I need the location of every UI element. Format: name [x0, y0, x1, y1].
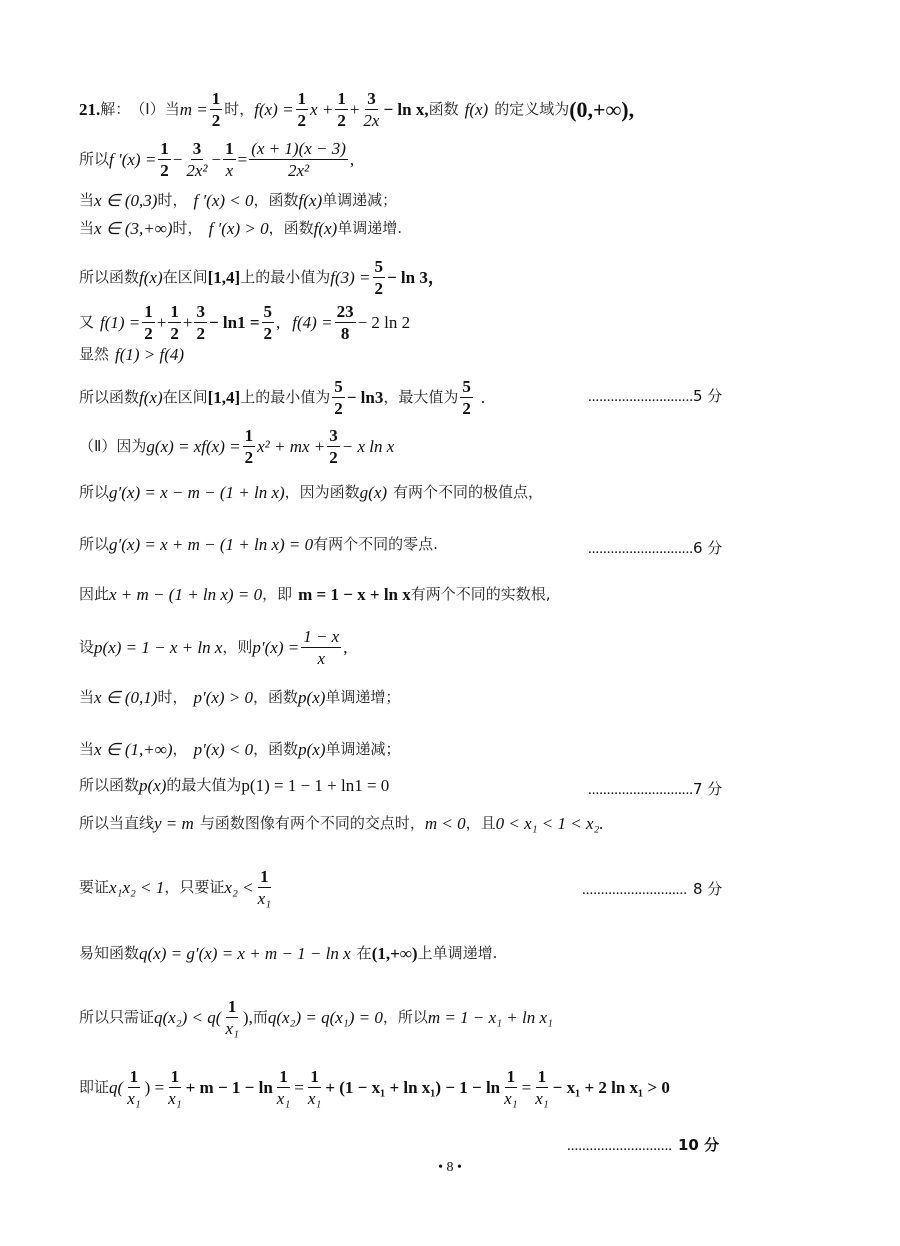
- fraction: 12: [158, 140, 171, 180]
- fraction: 52: [262, 303, 275, 343]
- score-marker-10: ............................10 分: [567, 1134, 719, 1155]
- fraction: (x + 1)(x − 3)2x²: [249, 140, 348, 180]
- score-marker-5: ............................5 分: [588, 385, 722, 406]
- zeros-line: 所以 g′(x) = x + m − (1 + ln x) = 0 有两个不同的…: [79, 536, 438, 553]
- text: ，即: [262, 587, 292, 602]
- math: − 2 ln 2: [358, 314, 411, 331]
- score-points: 5 分: [693, 387, 722, 405]
- numerator: 1: [308, 1068, 321, 1088]
- score-points: 10 分: [678, 1136, 719, 1154]
- denominator: x: [224, 160, 236, 180]
- text: 因为: [116, 439, 146, 454]
- numerator: 3: [327, 427, 340, 447]
- denominator: x₁: [306, 1088, 323, 1108]
- math: q(: [109, 1079, 123, 1096]
- math: p(1) = 1 − 1 + ln1 = 0: [241, 777, 389, 794]
- numerator: 1: [210, 90, 223, 110]
- goal-line: 要证 x₁x₂ < 1 ，只要证 x₂ < 1x₁: [79, 868, 275, 908]
- math: m =: [180, 101, 208, 118]
- math: − x₁ + 2 ln x₁ > 0: [553, 1079, 670, 1096]
- text: 所以函数: [79, 390, 139, 405]
- text: 所以: [79, 537, 109, 552]
- text: 又: [79, 315, 94, 330]
- text: 在区间: [163, 270, 208, 285]
- fraction: 12: [168, 303, 181, 343]
- numerator: 1: [536, 1068, 549, 1088]
- denominator: x: [315, 648, 327, 668]
- text: 易知函数: [79, 946, 139, 961]
- score-points: 7 分: [693, 780, 722, 798]
- math: =: [294, 1079, 304, 1096]
- math: ,: [350, 151, 354, 168]
- fraction: 1x₁: [306, 1068, 323, 1108]
- math: − ln 3，: [387, 269, 445, 286]
- math: f ′(x) > 0: [209, 220, 269, 237]
- fraction: 32: [194, 303, 207, 343]
- score-leader-dots: ............................: [567, 1138, 672, 1154]
- text: 单调递减；: [322, 193, 397, 208]
- solution-label: 解：: [100, 102, 130, 117]
- score-leader-dots: ............................: [582, 882, 687, 898]
- math: ) =: [145, 1079, 165, 1096]
- part-one-mark: （Ⅰ）: [130, 102, 164, 117]
- score-marker-8: ............................8 分: [582, 878, 722, 899]
- increasing-interval-line: 当 x ∈ (3,+∞) 时， f ′(x) > 0 ，函数 f(x) 单调递增…: [79, 220, 402, 237]
- text: 函数: [429, 102, 459, 117]
- math: − ln1 =: [209, 314, 260, 331]
- denominator: x₁: [223, 1018, 240, 1038]
- math: ),: [243, 1009, 253, 1026]
- text: 上的最小值为: [240, 270, 330, 285]
- text: 时，: [224, 102, 254, 117]
- math: x₁x₂ < 1: [109, 879, 164, 896]
- math: q(x₂) = q(x₁) = 0: [268, 1009, 383, 1026]
- text: 有两个不同的极值点，: [393, 485, 543, 500]
- math: − ln3: [347, 389, 384, 406]
- math: [1,4]: [208, 389, 241, 406]
- math: +: [183, 314, 193, 331]
- denominator: 2: [262, 323, 275, 343]
- numerator: 23: [335, 303, 356, 323]
- text: 而: [253, 1010, 268, 1025]
- math: +: [350, 101, 360, 118]
- numerator: 3: [194, 303, 207, 323]
- denominator: 2: [296, 110, 309, 130]
- text: 当: [165, 102, 180, 117]
- fraction: 32: [327, 427, 340, 467]
- real-roots-line: 因此 x + m − (1 + ln x) = 0 ，即 m = 1 − x +…: [79, 586, 551, 603]
- denominator: 2: [335, 110, 348, 130]
- denominator: x₁: [533, 1088, 550, 1108]
- denominator: 2: [243, 447, 256, 467]
- text: ，所以: [383, 1010, 428, 1025]
- score-points: 8 分: [693, 880, 722, 898]
- p-definition-line: 设 p(x) = 1 − x + ln x ，则 p′(x) = 1 − xx …: [79, 628, 347, 668]
- score-leader-dots: ............................: [588, 782, 693, 798]
- text: 当: [79, 690, 94, 705]
- math: g(x) = xf(x) =: [146, 438, 240, 455]
- fraction: 238: [335, 303, 356, 343]
- numerator: 5: [262, 303, 275, 323]
- comparison-line: 显然 f(1) > f(4): [79, 346, 184, 363]
- math: q(x) = g′(x) = x + m − 1 − ln x: [139, 945, 351, 962]
- math: f(x): [314, 220, 338, 237]
- numerator: (x + 1)(x − 3): [249, 140, 348, 160]
- math: f(x): [139, 269, 163, 286]
- denominator: 2: [142, 323, 155, 343]
- numerator: 1: [142, 303, 155, 323]
- numerator: 1: [335, 90, 348, 110]
- text: 所以当直线: [79, 816, 154, 831]
- math: f ′(x) =: [109, 151, 156, 168]
- text: 因此: [79, 587, 109, 602]
- numerator: 1: [243, 427, 256, 447]
- math: g(x): [360, 484, 387, 501]
- fraction: 52: [460, 378, 473, 418]
- text: 与函数图像有两个不同的交点时，: [200, 816, 425, 831]
- numerator: 1: [158, 140, 171, 160]
- numerator: 1 − x: [301, 628, 341, 648]
- text: 当: [79, 221, 94, 236]
- final-inequality-line: 即证 q( 1x₁ ) = 1x₁ + m − 1 − ln 1x₁ = 1x₁…: [79, 1068, 670, 1108]
- math: p(x): [139, 777, 166, 794]
- denominator: 2x: [361, 110, 381, 130]
- math: g′(x) = x + m − (1 + ln x) = 0: [109, 536, 313, 553]
- math: p(x): [298, 741, 325, 758]
- text: ，则: [222, 640, 252, 655]
- denominator: 2: [194, 323, 207, 343]
- math: m < 0: [425, 815, 466, 832]
- math: x₂ <: [224, 879, 253, 896]
- text: 有两个不同的零点.: [313, 537, 438, 552]
- text: 所以: [79, 485, 109, 500]
- numerator: 5: [460, 378, 473, 398]
- denominator: 2: [327, 447, 340, 467]
- math: x +: [310, 101, 333, 118]
- numerator: 1: [128, 1068, 141, 1088]
- math: 0 < x₁ < 1 < x₂.: [496, 815, 604, 832]
- numerator: 1: [258, 868, 271, 888]
- math: x ∈ (0,3): [94, 192, 157, 209]
- fraction: 12: [335, 90, 348, 130]
- math: −: [173, 151, 183, 168]
- page-number: • 8 •: [0, 1160, 900, 1176]
- math: f(1) =: [100, 314, 140, 331]
- fraction: 1x: [223, 140, 236, 180]
- text: 的定义域为: [494, 102, 569, 117]
- fraction: 1x₁: [502, 1068, 519, 1108]
- math: + m − 1 − ln: [186, 1079, 273, 1096]
- fraction: 12: [210, 90, 223, 130]
- text: ，函数: [253, 742, 298, 757]
- math: (0,+∞),: [569, 99, 634, 121]
- p-maximum-line: 所以函数 p(x) 的最大值为 p(1) = 1 − 1 + ln1 = 0: [79, 777, 389, 794]
- min-max-conclusion-line: 所以函数 f(x) 在区间 [1,4] 上的最小值为 52 − ln3 ，最大值…: [79, 378, 485, 418]
- fraction: 52: [373, 258, 386, 298]
- math: − x ln x: [342, 438, 395, 455]
- math: .: [481, 389, 485, 406]
- denominator: 2x²: [286, 160, 311, 180]
- numerator: 1: [168, 303, 181, 323]
- fraction: 52: [332, 378, 345, 418]
- text: 所以只需证: [79, 1010, 154, 1025]
- text: 单调递增.: [337, 221, 402, 236]
- text: ，只要证: [164, 880, 224, 895]
- denominator: x₁: [256, 888, 273, 908]
- text: 在区间: [163, 390, 208, 405]
- text: ，且: [466, 816, 496, 831]
- score-marker-6: ............................6 分: [588, 537, 722, 558]
- text: ，: [173, 742, 188, 757]
- fraction: 32x: [361, 90, 381, 130]
- numerator: 1: [226, 998, 239, 1018]
- q-monotonic-line: 易知函数 q(x) = g′(x) = x + m − 1 − ln x 在 (…: [79, 945, 497, 962]
- text: 所以函数: [79, 778, 139, 793]
- numerator: 1: [223, 140, 236, 160]
- math: m = 1 − x₁ + ln x₁: [428, 1009, 553, 1026]
- text: ，函数: [254, 193, 299, 208]
- fraction: 12: [142, 303, 155, 343]
- text: 所以: [79, 152, 109, 167]
- math: f(3) =: [330, 269, 370, 286]
- math: ,: [276, 314, 280, 331]
- fraction: 1x₁: [166, 1068, 183, 1108]
- text: 当: [79, 193, 94, 208]
- text: 时，: [157, 690, 187, 705]
- text: 在: [357, 946, 372, 961]
- fraction: 12: [243, 427, 256, 467]
- math: f(x): [139, 389, 163, 406]
- denominator: 2: [158, 160, 171, 180]
- q-comparison-line: 所以只需证 q(x₂) < q( 1x₁ ), 而 q(x₂) = q(x₁) …: [79, 998, 553, 1038]
- fraction: 1 − xx: [301, 628, 341, 668]
- math: +: [157, 314, 167, 331]
- text: 时，: [157, 193, 187, 208]
- numerator: 3: [191, 140, 204, 160]
- denominator: x₁: [502, 1088, 519, 1108]
- fraction: 12: [296, 90, 309, 130]
- score-marker-7: ............................7 分: [588, 778, 722, 799]
- numerator: 3: [365, 90, 378, 110]
- text: 有两个不同的实数根,: [411, 587, 551, 602]
- text: ，函数: [253, 690, 298, 705]
- fraction: 1x₁: [256, 868, 273, 908]
- math: p′(x) > 0: [193, 689, 253, 706]
- math: x ∈ (3,+∞): [94, 220, 173, 237]
- denominator: 2: [460, 398, 473, 418]
- intersection-line: 所以当直线 y = m 与函数图像有两个不同的交点时， m < 0 ，且 0 <…: [79, 815, 604, 832]
- math: p′(x) =: [252, 639, 299, 656]
- math: f(x): [465, 101, 489, 118]
- numerator: 1: [505, 1068, 518, 1088]
- math: =: [522, 1079, 532, 1096]
- text: 即证: [79, 1080, 109, 1095]
- math: g′(x) = x − m − (1 + ln x): [109, 484, 285, 501]
- math: p(x): [298, 689, 325, 706]
- math: − ln x,: [383, 101, 428, 118]
- math: f(x): [299, 192, 323, 209]
- fraction: 32x²: [184, 140, 209, 180]
- score-points: 6 分: [693, 539, 722, 557]
- minimum-value-line: 所以函数 f(x) 在区间 [1,4] 上的最小值为 f(3) = 52 − l…: [79, 258, 445, 298]
- denominator: x₁: [125, 1088, 142, 1108]
- text: 要证: [79, 880, 109, 895]
- numerator: 1: [277, 1068, 290, 1088]
- text: 当: [79, 742, 94, 757]
- part-two-mark: （Ⅱ）: [79, 439, 116, 454]
- math: f(x) =: [254, 101, 293, 118]
- math: f(1) > f(4): [115, 346, 184, 363]
- math: [1,4]: [208, 269, 241, 286]
- text: 设: [79, 640, 94, 655]
- denominator: 2: [168, 323, 181, 343]
- fraction: 1x₁: [533, 1068, 550, 1108]
- text: ，因为函数: [285, 485, 360, 500]
- math: f(4) =: [292, 314, 332, 331]
- derivative-line: 所以 f ′(x) = 12 − 32x² − 1x = (x + 1)(x −…: [79, 140, 354, 180]
- denominator: 2: [373, 278, 386, 298]
- text: 上单调递增.: [418, 946, 498, 961]
- endpoint-values-line: 又 f(1) = 12 + 12 + 32 − ln1 = 52 , f(4) …: [79, 303, 410, 343]
- fraction: 1x₁: [125, 1068, 142, 1108]
- math: y = m: [154, 815, 194, 832]
- score-leader-dots: ............................: [588, 541, 693, 557]
- numerator: 5: [373, 258, 386, 278]
- math: m = 1 − x + ln x: [298, 586, 411, 603]
- denominator: 2: [332, 398, 345, 418]
- text: 上的最小值为: [240, 390, 330, 405]
- denominator: x₁: [166, 1088, 183, 1108]
- p-decreasing-line: 当 x ∈ (1,+∞) ， p′(x) < 0 ，函数 p(x) 单调递减；: [79, 741, 401, 758]
- math: p′(x) < 0: [194, 741, 254, 758]
- denominator: 2: [210, 110, 223, 130]
- text: 单调递减；: [326, 742, 401, 757]
- numerator: 5: [332, 378, 345, 398]
- text: 的最大值为: [166, 778, 241, 793]
- score-leader-dots: ............................: [588, 389, 693, 405]
- math: x² + mx +: [257, 438, 325, 455]
- problem-number: 21.: [79, 101, 100, 118]
- text: 所以函数: [79, 270, 139, 285]
- numerator: 1: [296, 90, 309, 110]
- math: =: [238, 151, 248, 168]
- denominator: 8: [339, 323, 352, 343]
- fraction: 1x₁: [275, 1068, 292, 1108]
- numerator: 1: [169, 1068, 182, 1088]
- math: ,: [343, 639, 347, 656]
- denominator: 2x²: [184, 160, 209, 180]
- text: 单调递增；: [325, 690, 400, 705]
- math: −: [212, 151, 222, 168]
- text: 显然: [79, 347, 109, 362]
- math: x ∈ (0,1): [94, 689, 157, 706]
- math: p(x) = 1 − x + ln x: [94, 639, 222, 656]
- fraction: 1x₁: [223, 998, 240, 1038]
- text: ，函数: [269, 221, 314, 236]
- math: + (1 − x₁ + ln x₁) − 1 − ln: [325, 1079, 500, 1096]
- solution-header-line: 21. 解： （Ⅰ） 当 m = 12 时， f(x) = 12 x + 12 …: [79, 90, 634, 130]
- decreasing-interval-line: 当 x ∈ (0,3) 时， f ′(x) < 0 ，函数 f(x) 单调递减；: [79, 192, 397, 209]
- math: f ′(x) < 0: [193, 192, 253, 209]
- text: 时，: [173, 221, 203, 236]
- part-two-definition-line: （Ⅱ） 因为 g(x) = xf(x) = 12 x² + mx + 32 − …: [79, 427, 394, 467]
- g-derivative-line: 所以 g′(x) = x − m − (1 + ln x) ，因为函数 g(x)…: [79, 484, 543, 501]
- p-increasing-line: 当 x ∈ (0,1) 时， p′(x) > 0 ，函数 p(x) 单调递增；: [79, 689, 400, 706]
- math: x + m − (1 + ln x) = 0: [109, 586, 262, 603]
- math: (1,+∞): [372, 945, 418, 962]
- math: x ∈ (1,+∞): [94, 741, 173, 758]
- math: q(x₂) < q(: [154, 1009, 221, 1026]
- denominator: x₁: [275, 1088, 292, 1108]
- text: ，最大值为: [383, 390, 458, 405]
